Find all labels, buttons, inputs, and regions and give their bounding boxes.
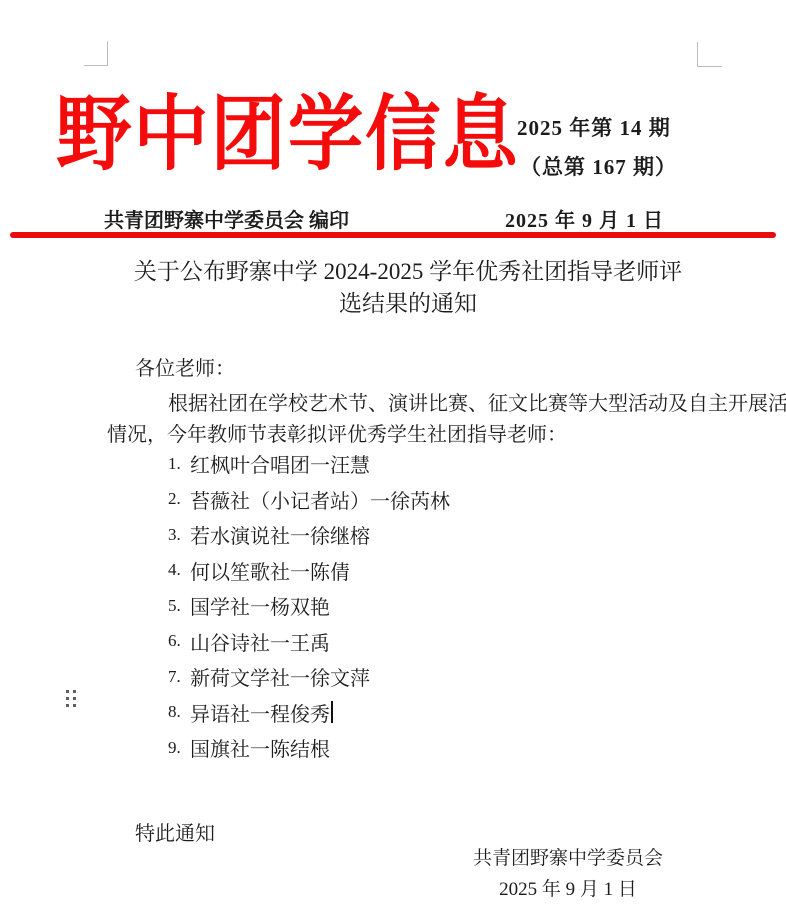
body-paragraph-line2[interactable]: 情况，今年教师节表彰拟评优秀学生社团指导老师： — [107, 418, 567, 447]
list-text[interactable]: 红枫叶合唱团一汪慧 — [190, 449, 370, 478]
closing-line[interactable]: 特此通知 — [135, 817, 215, 846]
list-item[interactable]: 6. 山谷诗社一王禹 — [168, 624, 450, 660]
list-number: 6. — [168, 631, 190, 651]
text-cursor — [331, 701, 333, 723]
list-item[interactable]: 7. 新荷文学社一徐文萍 — [168, 659, 450, 695]
list-number: 5. — [168, 596, 190, 616]
drag-dot — [66, 697, 69, 700]
list-number: 1. — [168, 454, 190, 474]
masthead-title[interactable]: 野中团学信息 — [56, 88, 520, 182]
signature-org[interactable]: 共青团野寨中学委员会 — [453, 843, 683, 874]
notice-title-line1[interactable]: 关于公布野寨中学 2024-2025 学年优秀社团指导老师评 — [73, 256, 743, 288]
list-number: 3. — [168, 525, 190, 545]
signature-date[interactable]: 2025 年 9 月 1 日 — [453, 874, 683, 905]
list-text[interactable]: 山谷诗社一王禹 — [190, 627, 330, 656]
issue-total-line[interactable]: （总第 167 期） — [520, 151, 677, 181]
margin-corner-mark-right-icon — [697, 42, 722, 67]
margin-corner-mark-left-icon — [84, 41, 108, 66]
red-separator-rule — [10, 232, 776, 238]
list-item[interactable]: 2. 苔薇社（小记者站）一徐芮林 — [168, 482, 450, 518]
masthead-date-line[interactable]: 2025 年 9 月 1 日 — [505, 204, 664, 233]
greeting-line[interactable]: 各位老师： — [135, 352, 235, 381]
list-number: 2. — [168, 489, 190, 509]
paragraph-drag-handle-icon[interactable] — [66, 690, 76, 707]
drag-dot — [73, 704, 76, 707]
issue-number-line[interactable]: 2025 年第 14 期 — [517, 112, 671, 142]
drag-dot — [66, 690, 69, 693]
drag-dot — [73, 697, 76, 700]
notice-title-line2[interactable]: 选结果的通知 — [73, 288, 743, 320]
signature-block: 共青团野寨中学委员会 2025 年 9 月 1 日 — [453, 843, 683, 905]
list-text[interactable]: 国旗社一陈结根 — [190, 733, 330, 762]
document-page: 野中团学信息 2025 年第 14 期 （总第 167 期） 共青团野寨中学委员… — [0, 0, 786, 923]
list-text[interactable]: 新荷文学社一徐文萍 — [190, 662, 370, 691]
list-text[interactable]: 何以笙歌社一陈倩 — [190, 556, 350, 585]
list-number: 8. — [168, 702, 190, 722]
list-number: 4. — [168, 560, 190, 580]
list-text[interactable]: 苔薇社（小记者站）一徐芮林 — [190, 485, 450, 514]
drag-dot — [73, 690, 76, 693]
list-item[interactable]: 8. 异语社一程俊秀 — [168, 695, 450, 731]
award-list: 1. 红枫叶合唱团一汪慧 2. 苔薇社（小记者站）一徐芮林 3. 若水演说社一徐… — [168, 446, 450, 766]
list-text[interactable]: 异语社一程俊秀 — [190, 698, 330, 727]
publisher-line[interactable]: 共青团野寨中学委员会 编印 — [104, 204, 349, 233]
list-item[interactable]: 4. 何以笙歌社一陈倩 — [168, 553, 450, 589]
list-item[interactable]: 1. 红枫叶合唱团一汪慧 — [168, 446, 450, 482]
list-item[interactable]: 9. 国旗社一陈结根 — [168, 730, 450, 766]
notice-title: 关于公布野寨中学 2024-2025 学年优秀社团指导老师评 选结果的通知 — [73, 256, 743, 320]
drag-dot — [66, 704, 69, 707]
list-item[interactable]: 5. 国学社一杨双艳 — [168, 588, 450, 624]
body-paragraph-line1[interactable]: 根据社团在学校艺术节、演讲比赛、征文比赛等大型活动及自主开展活动 — [168, 387, 786, 416]
list-number: 9. — [168, 738, 190, 758]
list-text[interactable]: 若水演说社一徐继榕 — [190, 520, 370, 549]
list-item[interactable]: 3. 若水演说社一徐继榕 — [168, 517, 450, 553]
list-text[interactable]: 国学社一杨双艳 — [190, 591, 330, 620]
list-number: 7. — [168, 667, 190, 687]
